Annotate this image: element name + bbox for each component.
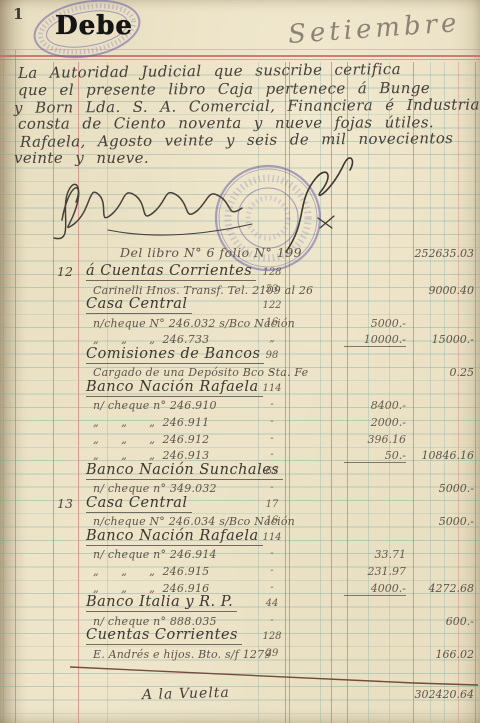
ledger-row: „ „ „ 246.913-50.-10846.16	[0, 446, 480, 463]
entry-folio-number: 53	[259, 284, 285, 295]
entry-partial-amount: 10000.-	[344, 333, 406, 347]
entry-description: Banco Nación Rafaela	[86, 379, 263, 397]
entry-total-amount: 5000.-	[410, 482, 474, 495]
ledger-row: „ „ „ 246.733„10000.-15000.-	[0, 330, 480, 347]
entry-description: n/ cheque n° 246.910	[93, 399, 217, 412]
book-folio-reference: Del libro N° 6 folio N° 199	[120, 245, 302, 260]
entry-description: á Cuentas Corrientes	[86, 263, 256, 281]
ledger-row: „ „ „ 246.912-396.16	[0, 430, 480, 447]
entry-folio-number: 16	[259, 515, 285, 526]
entry-description: Casa Central	[86, 296, 192, 314]
certification-line: Rafaela, Agosto veinte y seis de mil nov…	[20, 129, 453, 151]
ledger-row: Banco Nación Sunchales67	[0, 463, 480, 480]
entry-folio-number: 114	[259, 532, 285, 543]
entry-folio-number: 128	[259, 267, 285, 278]
entry-folio-number: 44	[259, 598, 285, 609]
entry-folio-number: 67	[259, 466, 285, 477]
entry-description: Casa Central	[86, 495, 192, 513]
carried-forward-total: 252635.03	[410, 247, 474, 260]
entry-folio-number: 17	[259, 499, 285, 510]
entry-partial-amount: 2000.-	[344, 416, 406, 429]
ledger-row: 12á Cuentas Corrientes128	[0, 264, 480, 281]
ledger-row: n/ cheque n° 246.914-33.71	[0, 545, 480, 562]
carry-over-total: 302420.64	[410, 688, 474, 701]
entry-total-amount: 10846.16	[410, 449, 474, 462]
entry-folio-number: 128	[259, 631, 285, 642]
entry-folio-number: 114	[259, 383, 285, 394]
entry-date: 13	[52, 496, 78, 511]
carry-over-label: A la Vuelta	[142, 685, 230, 703]
entry-folio-number: -	[259, 416, 285, 427]
ledger-row: Carinelli Hnos. Transf. Tel. 2109 al 265…	[0, 281, 480, 298]
ledger-row: „ „ „ 246.916-4000.-4272.68	[0, 579, 480, 596]
ledger-row: E. Andrés e hijos. Bto. s/f 127929166.02	[0, 645, 480, 662]
entry-description: „ „ „ 246.916	[93, 582, 209, 595]
ledger-row: Banco Italia y R. P.44	[0, 595, 480, 612]
ledger-row: 13Casa Central17	[0, 496, 480, 513]
entry-folio-number: 122	[259, 300, 285, 311]
ledger-row: Comisiones de Bancos98	[0, 347, 480, 364]
entry-partial-amount: 396.16	[344, 433, 406, 446]
rule-line	[0, 49, 480, 50]
entry-description: „ „ „ 246.913	[93, 449, 209, 462]
entry-total-amount: 0.25	[410, 366, 474, 379]
entry-partial-amount: 5000.-	[344, 317, 406, 330]
entry-description: „ „ „ 246.912	[93, 433, 209, 446]
entry-description: n/ cheque n° 349.032	[93, 482, 217, 495]
entry-folio-number: -	[259, 449, 285, 460]
ledger-row: „ „ „ 246.915-231.97	[0, 562, 480, 579]
carry-over-row: A la Vuelta 302420.64	[0, 686, 480, 706]
ledger-row: Cuentas Corrientes128	[0, 628, 480, 645]
entry-folio-number: -	[259, 582, 285, 593]
header-red-rule	[0, 59, 480, 60]
clerk-signature-icon	[46, 166, 278, 250]
ledger-row: Banco Nación Rafaela114	[0, 380, 480, 397]
ledger-row: n/ cheque n° 246.910-8400.-	[0, 396, 480, 413]
ledger-row: n/cheque N° 246.032 s/Bco Nación165000.-	[0, 314, 480, 331]
entry-folio-number: -	[259, 615, 285, 626]
entry-description: Banco Italia y R. P.	[86, 594, 237, 612]
entry-partial-amount: 231.97	[344, 565, 406, 578]
ledger-row: n/cheque N° 246.034 s/Bco Nación165000.-	[0, 512, 480, 529]
entry-total-amount: 9000.40	[410, 284, 474, 297]
ledger-row: n/ cheque n° 349.032-5000.-	[0, 479, 480, 496]
entry-description: n/ cheque n° 246.914	[93, 548, 217, 561]
entry-folio-number: -	[259, 548, 285, 559]
entry-description: Cuentas Corrientes	[86, 627, 242, 645]
opening-reference-row: Del libro N° 6 folio N° 199 252635.03	[0, 244, 480, 261]
entry-total-amount: 166.02	[410, 648, 474, 661]
entry-folio-number: 16	[259, 317, 285, 328]
entry-folio-number: „	[259, 333, 285, 344]
ledger-row: Casa Central122	[0, 297, 480, 314]
entry-description: E. Andrés e hijos. Bto. s/f 1279	[93, 648, 272, 661]
entry-folio-number: -	[259, 482, 285, 493]
entry-folio-number: -	[259, 565, 285, 576]
entry-folio-number: 98	[259, 350, 285, 361]
entry-description: Comisiones de Bancos	[86, 346, 264, 364]
entry-date: 12	[52, 264, 78, 279]
entry-partial-amount: 8400.-	[344, 399, 406, 412]
entry-description: „ „ „ 246.911	[93, 416, 209, 429]
entry-description: n/ cheque n° 888.035	[93, 615, 217, 628]
debit-side-title: Debe	[55, 11, 133, 41]
entry-folio-number: -	[259, 399, 285, 410]
header-red-rule	[0, 55, 480, 57]
certification-line: veinte y nueve.	[14, 149, 149, 167]
ledger-row: Cargado de una Depósito Bco Sta. Fe-0.25	[0, 363, 480, 380]
page-number: 1	[13, 5, 23, 23]
entry-description: Banco Nación Sunchales	[86, 462, 283, 480]
entry-description: „ „ „ 246.733	[93, 333, 209, 346]
entry-description: „ „ „ 246.915	[93, 565, 209, 578]
entry-folio-number: -	[259, 433, 285, 444]
entry-total-amount: 5000.-	[410, 515, 474, 528]
entry-folio-number: 29	[259, 648, 285, 659]
ledger-row: „ „ „ 246.911-2000.-	[0, 413, 480, 430]
entry-folio-number: -	[259, 366, 285, 377]
ledger-row: n/ cheque n° 888.035-600.-	[0, 612, 480, 629]
entry-total-amount: 4272.68	[410, 582, 474, 595]
entry-total-amount: 600.-	[410, 615, 474, 628]
entry-partial-amount: 4000.-	[344, 582, 406, 596]
month-label: Setiembre	[287, 8, 461, 50]
ledger-row: Banco Nación Rafaela114	[0, 529, 480, 546]
entry-description: Banco Nación Rafaela	[86, 528, 263, 546]
entry-total-amount: 15000.-	[410, 333, 474, 346]
entry-partial-amount: 50.-	[344, 449, 406, 463]
entry-partial-amount: 33.71	[344, 548, 406, 561]
ledger-page: 1 Debe Setiembre La Autoridad Judicial q…	[0, 0, 480, 723]
